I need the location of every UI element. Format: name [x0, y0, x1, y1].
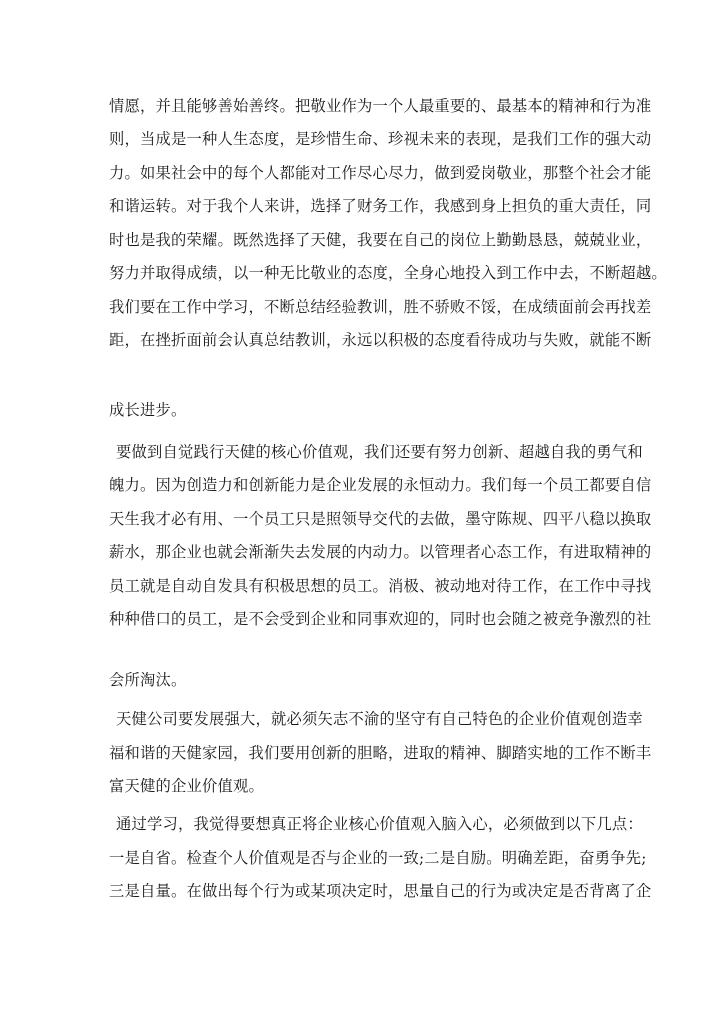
text-line: 时也是我的荣耀。既然选择了天健，我要在自己的岗位上勤勤恳恳，兢兢业业，	[109, 231, 614, 249]
text-line: 天生我才必有用、一个员工只是照领导交代的去做，墨守陈规、四平八稳以换取	[109, 510, 614, 528]
text-line: 天健公司要发展强大，就必须矢志不渝的坚守有自己特色的企业价值观创造幸	[116, 710, 614, 728]
text-line: 富天健的企业价值观。	[109, 777, 614, 795]
text-line: 成长进步。	[109, 401, 614, 419]
text-line: 力。如果社会中的每个人都能对工作尽心尽力，做到爱岗敬业，那整个社会才能	[109, 164, 614, 182]
text-line: 员工就是自动自发具有积极思想的员工。消极、被动地对待工作，在工作中寻找	[109, 577, 614, 595]
text-line: 和谐运转。对于我个人来讲，选择了财务工作，我感到身上担负的重大责任，同	[109, 197, 614, 215]
text-line: 薪水，那企业也就会渐渐失去发展的内动力。以管理者心态工作，有进取精神的	[109, 543, 614, 561]
text-line: 种种借口的员工，是不会受到企业和同事欢迎的，同时也会随之被竞争激烈的社	[109, 610, 614, 628]
text-line: 情愿，并且能够善始善终。把敬业作为一个人最重要的、最基本的精神和行为准	[109, 97, 614, 115]
text-line: 距，在挫折面前会认真总结教训，永远以积极的态度看待成功与失败，就能不断	[109, 331, 614, 349]
text-line: 努力并取得成绩，以一种无比敬业的态度，全身心地投入到工作中去，不断超越。	[109, 264, 614, 282]
text-line: 通过学习，我觉得要想真正将企业核心价值观入脑入心，必须做到以下几点：	[116, 815, 614, 833]
text-line: 要做到自觉践行天健的核心价值观，我们还要有努力创新、超越自我的勇气和	[116, 443, 614, 461]
text-line: 则，当成是一种人生态度，是珍惜生命、珍视未来的表现，是我们工作的强大动	[109, 130, 614, 148]
document-page: 情愿，并且能够善始善终。把敬业作为一个人最重要的、最基本的精神和行为准 则，当成…	[0, 0, 721, 1020]
text-line: 三是自量。在做出每个行为或某项决定时，思量自己的行为或决定是否背离了企	[109, 882, 614, 900]
text-line: 我们要在工作中学习，不断总结经验教训，胜不骄败不馁，在成绩面前会再找差	[109, 298, 614, 316]
text-line: 魄力。因为创造力和创新能力是企业发展的永恒动力。我们每一个员工都要自信	[109, 476, 614, 494]
text-line: 一是自省。检查个人价值观是否与企业的一致;二是自励。明确差距，奋勇争先;	[109, 849, 614, 867]
text-line: 会所淘汰。	[109, 671, 614, 689]
text-line: 福和谐的天健家园，我们要用创新的胆略，进取的精神、脚踏实地的工作不断丰	[109, 744, 614, 762]
